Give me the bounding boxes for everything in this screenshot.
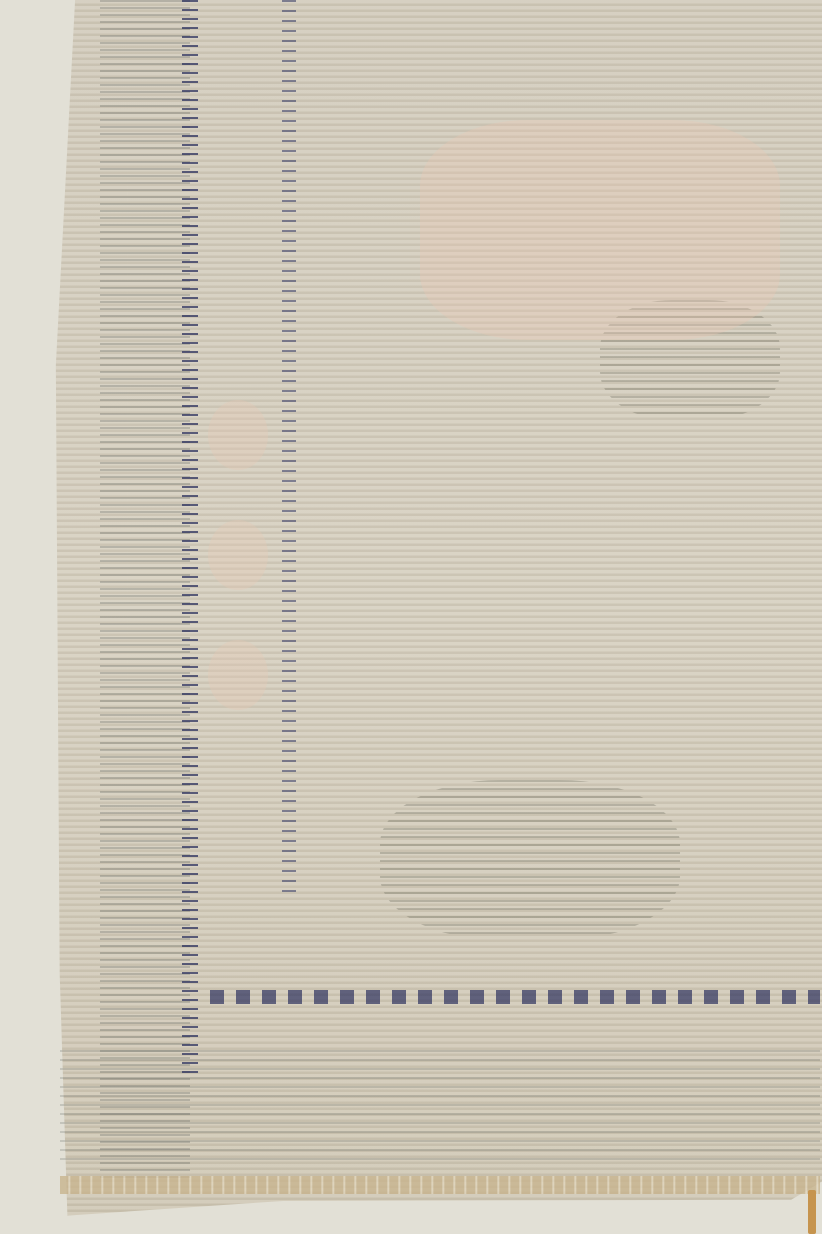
rug-photo xyxy=(0,0,822,1234)
bottom-navy-border xyxy=(210,990,820,1004)
navy-border-line xyxy=(182,0,198,1080)
border-medallion xyxy=(208,640,268,710)
bottom-guard-border xyxy=(60,1050,820,1160)
field-motif xyxy=(380,780,680,940)
wood-furniture-leg xyxy=(808,1190,816,1234)
end-binding xyxy=(60,1176,820,1194)
faded-peach-area xyxy=(420,120,780,340)
border-medallion xyxy=(208,400,268,470)
inner-navy-border-line xyxy=(282,0,296,900)
border-medallion xyxy=(208,520,268,590)
outer-guard-border xyxy=(100,0,190,1180)
